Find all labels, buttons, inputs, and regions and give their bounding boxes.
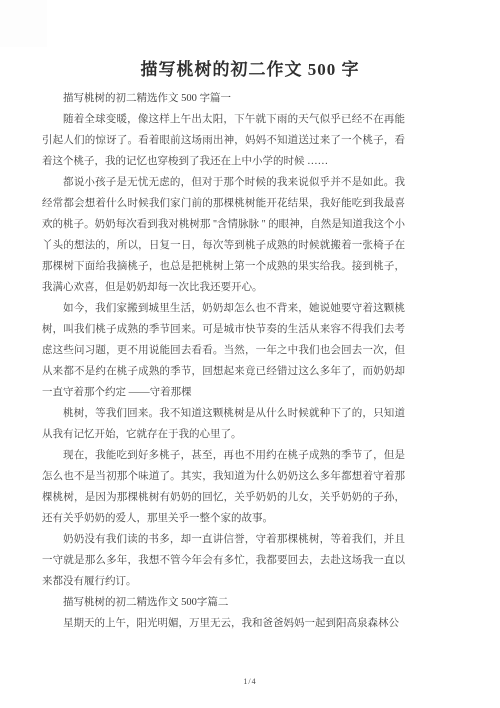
- section-2-paragraph-1: 星期天的上午，阳光明媚，万里无云，我和爸爸妈妈一起到阳高泉森林公: [42, 613, 405, 634]
- section-1-paragraph-6: 奶奶没有我们读的书多，却一直讲信誉，守着那棵桃树，等着我们，并且一守就是那么多年…: [42, 529, 405, 592]
- section-1-paragraph-3: 如今，我们家搬到城里生活，奶奶却怎么也不背来，她说她要守着这颗桃树，叫我们桃子成…: [42, 298, 405, 403]
- section-1-heading: 描写桃树的初二精选作文 500 字篇一: [42, 88, 405, 109]
- section-1-paragraph-1: 随着全球变暖，像这样上午出太阳，下午就下雨的天气似乎已经不在再能引起人们的惊讶了…: [42, 109, 405, 172]
- document-title: 描写桃树的初二作文 500 字: [0, 55, 500, 80]
- scan-corner-artifact: [0, 0, 47, 47]
- section-1-paragraph-2: 都说小孩子是无忧无虑的，但对于那个时候的我来说似乎并不是如此。我经常都会想着什么…: [42, 172, 405, 298]
- section-1-paragraph-5: 现在，我能吃到好多桃子，甚至，再也不用约在桃子成熟的季节了，但是怎么也不是当初那…: [42, 445, 405, 529]
- page-number-indicator: 1/4: [0, 677, 500, 686]
- section-2-heading: 描写桃树的初二精选作文 500字篇二: [42, 592, 405, 613]
- document-body: 描写桃树的初二精选作文 500 字篇一 随着全球变暖，像这样上午出太阳，下午就下…: [42, 88, 405, 634]
- section-1-paragraph-4: 桃树，等我们回来。我不知道这颗桃树是从什么时候就种下了的，只知道从我有记忆开始，…: [42, 403, 405, 445]
